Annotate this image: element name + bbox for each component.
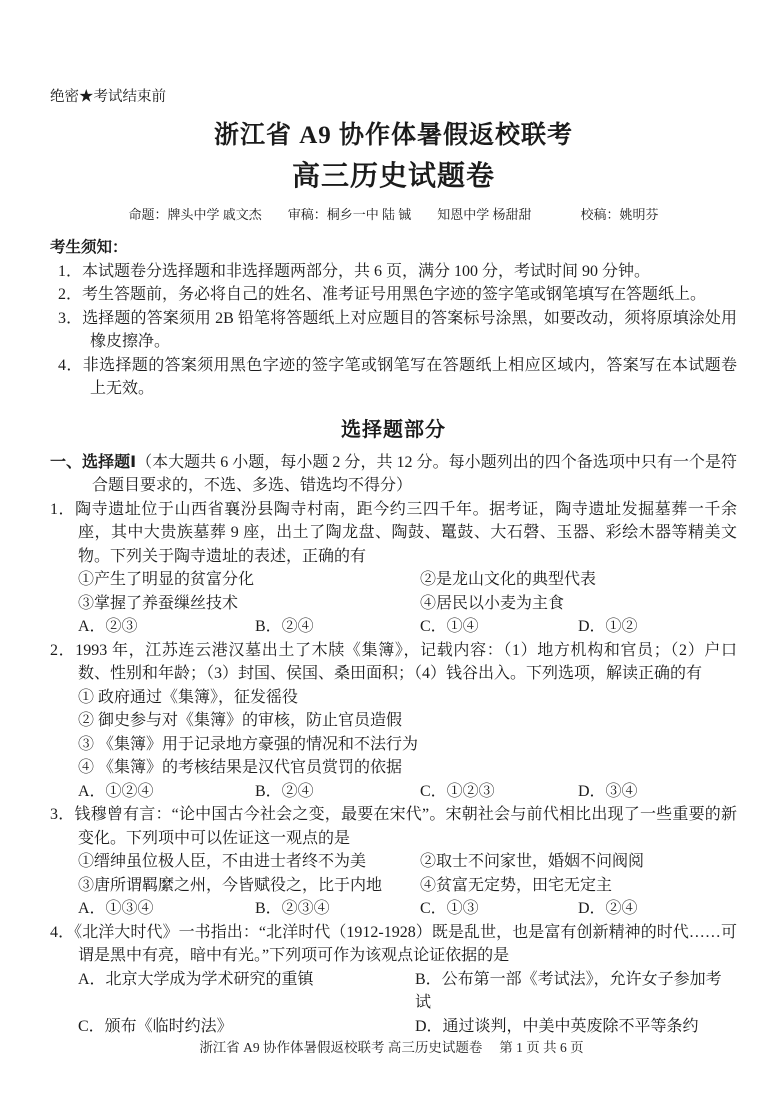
question-group-label: 一、选择题Ⅰ [50, 454, 136, 471]
statement: ②取士不问家世，婚姻不问阀阅 [420, 850, 644, 874]
notice-heading: 考生须知： [50, 236, 737, 260]
choice-d: D．③④ [578, 780, 737, 804]
statement-row: ③唐所谓羁縻之州，今皆赋役之，比于内地 ④贫富无定势，田宅无定主 [50, 874, 737, 898]
choice-a: A．②③ [78, 615, 255, 639]
part-title: 选择题部分 [50, 415, 737, 445]
question-4: 4．《北洋大时代》一书指出：“北洋时代（1912-1928）既是乱世，也是富有创… [50, 921, 737, 1039]
statement: ④ 《集簿》的考核结果是汉代官员赏罚的依据 [50, 756, 737, 780]
notice-item: 1．本试题卷分选择题和非选择题两部分，共 6 页，满分 100 分，考试时间 9… [50, 260, 737, 284]
notice-item: 2．考生答题前，务必将自己的姓名、准考证号用黑色字迹的签字笔或钢笔填写在答题纸上… [50, 283, 737, 307]
statement: ④居民以小麦为主食 [420, 592, 564, 616]
credit-reviewer-1: 审稿：桐乡一中 陆 铖 [288, 206, 412, 224]
choice-c: C．①④ [420, 615, 578, 639]
question-3: 3．钱穆曾有言：“论中国古今社会之变，最要在宋代”。宋朝社会与前代相比出现了一些… [50, 803, 737, 921]
statement: ④贫富无定势，田宅无定主 [420, 874, 612, 898]
question-number: 2． [50, 642, 75, 659]
choice-c: C．①②③ [420, 780, 578, 804]
question-group-desc: （本大题共 6 小题，每小题 2 分，共 12 分。每小题列出的四个备选项中只有… [92, 454, 737, 495]
statement: ①产生了明显的贫富分化 [78, 568, 420, 592]
question-2: 2．1993 年，江苏连云港汉墓出土了木牍《集簿》，记载内容：（1）地方机构和官… [50, 639, 737, 804]
exam-paper-page: 绝密★考试结束前 浙江省 A9 协作体暑假返校联考 高三历史试题卷 命题：牌头中… [0, 0, 783, 1106]
choice-a: A．①③④ [78, 897, 255, 921]
choice-d: D．②④ [578, 897, 737, 921]
choices-row: A．北京大学成为学术研究的重镇 B．公布第一部《考试法》，允许女子参加考试 [50, 968, 737, 1015]
choice-b: B．②③④ [255, 897, 420, 921]
notice-item: 4．非选择题的答案须用黑色字迹的签字笔或钢笔写在答题纸上相应区域内，答案写在本试… [50, 354, 737, 401]
exam-subtitle: 高三历史试题卷 [50, 156, 737, 196]
choice-b: B．②④ [255, 780, 420, 804]
question-number: 4． [50, 924, 74, 941]
question-1: 1．陶寺遗址位于山西省襄汾县陶寺村南，距今约三四千年。据考证，陶寺遗址发掘墓葬一… [50, 498, 737, 639]
choice-a: A．北京大学成为学术研究的重镇 [78, 968, 415, 1015]
choices-row: C．颁布《临时约法》 D．通过谈判，中美中英废除不平等条约 [50, 1015, 737, 1039]
choice-c: C．①③ [420, 897, 578, 921]
choice-b: B．②④ [255, 615, 420, 639]
choice-d: D．通过谈判，中美中英废除不平等条约 [415, 1015, 699, 1039]
statement: ③唐所谓羁縻之州，今皆赋役之，比于内地 [78, 874, 420, 898]
question-stem: 3．钱穆曾有言：“论中国古今社会之变，最要在宋代”。宋朝社会与前代相比出现了一些… [50, 803, 737, 850]
credit-proposer: 命题：牌头中学 戚文杰 [128, 206, 261, 224]
notice-list: 1．本试题卷分选择题和非选择题两部分，共 6 页，满分 100 分，考试时间 9… [50, 260, 737, 401]
exam-title: 浙江省 A9 协作体暑假返校联考 [50, 119, 737, 153]
choices-row: A．①③④ B．②③④ C．①③ D．②④ [50, 897, 737, 921]
choice-c: C．颁布《临时约法》 [78, 1015, 415, 1039]
page-content: 绝密★考试结束前 浙江省 A9 协作体暑假返校联考 高三历史试题卷 命题：牌头中… [0, 0, 783, 1038]
question-number: 3． [50, 806, 74, 823]
credit-reviewer-2: 知恩中学 杨甜甜 [437, 206, 531, 224]
statement: ①缙绅虽位极人臣，不由进士者终不为美 [78, 850, 420, 874]
question-group-heading: 一、选择题Ⅰ（本大题共 6 小题，每小题 2 分，共 12 分。每小题列出的四个… [50, 451, 737, 498]
statement-row: ③掌握了养蚕缫丝技术 ④居民以小麦为主食 [50, 592, 737, 616]
statement: ① 政府通过《集簿》，征发徭役 [50, 686, 737, 710]
question-number: 1． [50, 501, 75, 518]
statement: ②是龙山文化的典型代表 [420, 568, 596, 592]
statement: ③掌握了养蚕缫丝技术 [78, 592, 420, 616]
choice-d: D．①② [578, 615, 737, 639]
statement-row: ①缙绅虽位极人臣，不由进士者终不为美 ②取士不问家世，婚姻不问阀阅 [50, 850, 737, 874]
choices-row: A．②③ B．②④ C．①④ D．①② [50, 615, 737, 639]
statement: ② 御史参与对《集簿》的审核，防止官员造假 [50, 709, 737, 733]
statement-row: ①产生了明显的贫富分化 ②是龙山文化的典型代表 [50, 568, 737, 592]
credits-line: 命题：牌头中学 戚文杰 审稿：桐乡一中 陆 铖 知恩中学 杨甜甜 校稿：姚明芬 [50, 206, 737, 224]
choice-b: B．公布第一部《考试法》，允许女子参加考试 [415, 968, 737, 1015]
choices-row: A．①②④ B．②④ C．①②③ D．③④ [50, 780, 737, 804]
notice-item: 3．选择题的答案须用 2B 铅笔将答题纸上对应题目的答案标号涂黑，如要改动，须将… [50, 307, 737, 354]
question-stem: 1．陶寺遗址位于山西省襄汾县陶寺村南，距今约三四千年。据考证，陶寺遗址发掘墓葬一… [50, 498, 737, 569]
question-stem: 4．《北洋大时代》一书指出：“北洋时代（1912-1928）既是乱世，也是富有创… [50, 921, 737, 968]
credit-proofreader: 校稿：姚明芬 [581, 206, 659, 224]
choice-a: A．①②④ [78, 780, 255, 804]
classification-banner: 绝密★考试结束前 [50, 86, 737, 110]
page-footer: 浙江省 A9 协作体暑假返校联考 高三历史试题卷 第 1 页 共 6 页 [0, 1038, 783, 1058]
statement: ③ 《集簿》用于记录地方豪强的情况和不法行为 [50, 733, 737, 757]
question-stem: 2．1993 年，江苏连云港汉墓出土了木牍《集簿》，记载内容：（1）地方机构和官… [50, 639, 737, 686]
